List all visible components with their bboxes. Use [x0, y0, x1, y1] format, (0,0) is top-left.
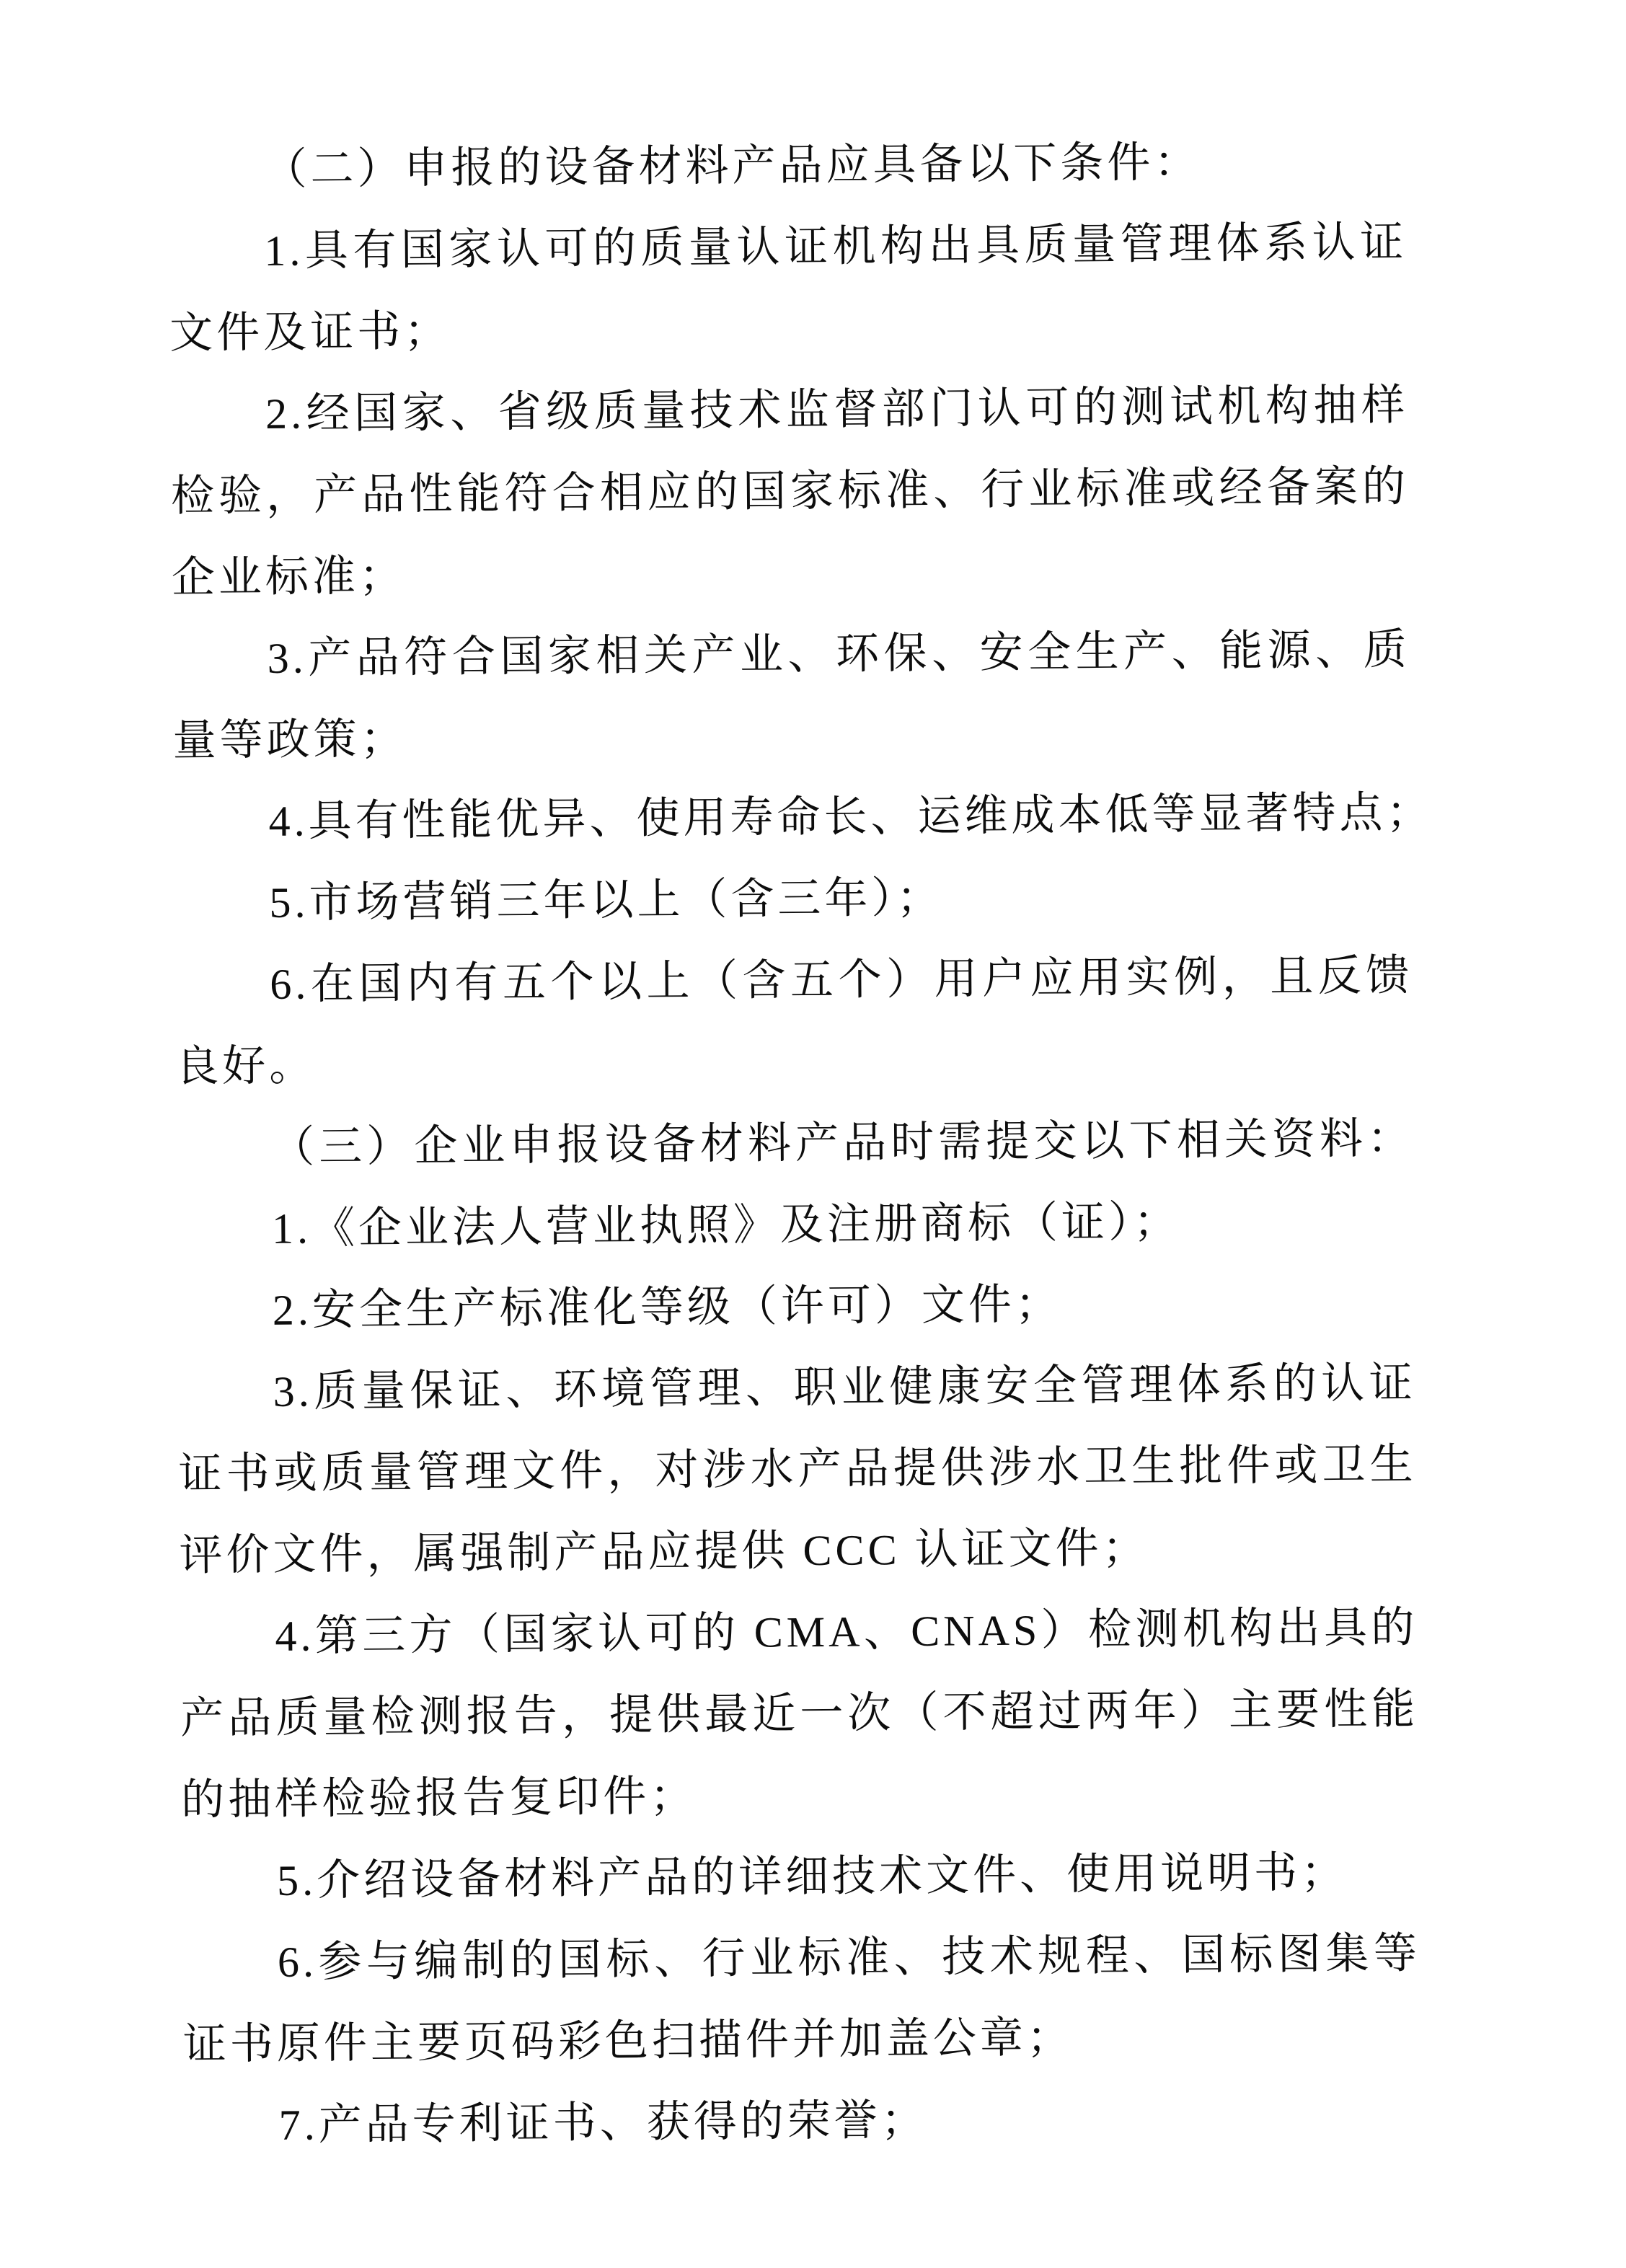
- text-line: 4.第三方（国家认可的 CMA、CNAS）检测机构出具的: [180, 1587, 1418, 1677]
- text-line: 7.产品专利证书、获得的荣誉；: [183, 2075, 1422, 2166]
- text-line: 1.具有国家认可的质量认证机构出具质量管理体系认证: [169, 202, 1408, 293]
- text-line: 6.参与编制的国标、行业标准、技术规程、国标图集等: [182, 1912, 1421, 2003]
- text-line: 证书原件主要页码彩色扫描件并加盖公章；: [182, 1994, 1421, 2085]
- text-line: 产品质量检测报告，提供最近一次（不超过两年）主要性能: [180, 1668, 1419, 1759]
- text-line: 2.经国家、省级质量技术监督部门认可的测试机构抽样: [170, 365, 1409, 456]
- text-line: （三）企业申报设备材料产品时需提交以下相关资料：: [176, 1098, 1415, 1188]
- document-text-block: （二）申报的设备材料产品应具备以下条件：1.具有国家认可的质量认证机构出具质量管…: [168, 120, 1422, 2167]
- text-line: （二）申报的设备材料产品应具备以下条件：: [168, 120, 1407, 211]
- text-line: 证书或质量管理文件，对涉水产品提供涉水卫生批件或卫生: [178, 1424, 1417, 1514]
- text-line: 企业标准；: [171, 527, 1410, 618]
- text-line: 5.市场营销三年以上（含三年）；: [174, 853, 1413, 944]
- text-line: 2.安全生产标准化等级（许可）文件；: [177, 1261, 1415, 1351]
- text-line: 量等政策；: [172, 690, 1411, 781]
- text-line: 检验，产品性能符合相应的国家标准、行业标准或经备案的: [171, 446, 1410, 537]
- text-line: 文件及证书；: [169, 283, 1408, 374]
- text-line: 的抽样检验报告复印件；: [181, 1749, 1420, 1840]
- text-line: 1.《企业法人营业执照》及注册商标（证）；: [177, 1179, 1415, 1270]
- text-line: 4.具有性能优异、使用寿命长、运维成本低等显著特点；: [173, 772, 1412, 862]
- text-line: 良好。: [175, 1016, 1414, 1107]
- text-line: 3.质量保证、环境管理、职业健康安全管理体系的认证: [177, 1342, 1416, 1433]
- text-line: 5.介绍设备材料产品的详细技术文件、使用说明书；: [182, 1831, 1420, 1922]
- text-line: 3.产品符合国家相关产业、环保、安全生产、能源、质: [172, 609, 1410, 700]
- text-line: 6.在国内有五个以上（含五个）用户应用实例，且反馈: [174, 935, 1413, 1025]
- scanned-document-page: （二）申报的设备材料产品应具备以下条件：1.具有国家认可的质量认证机构出具质量管…: [0, 0, 1626, 2268]
- text-line: 评价文件，属强制产品应提供 CCC 认证文件；: [179, 1505, 1418, 1596]
